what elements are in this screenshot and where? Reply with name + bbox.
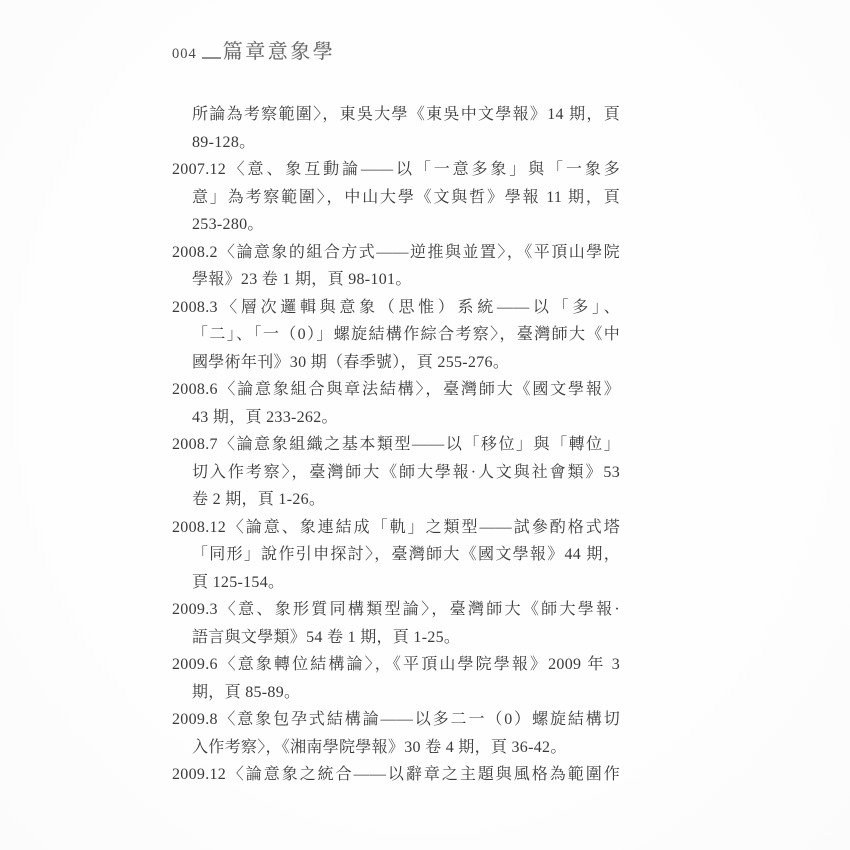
bibliography-line: 2009.12〈論意象之統合——以辭章之主題與風格為範圍作 [172,761,620,789]
bibliography-list: 所論為考察範圍〉，東吳大學《東吳中文學報》14 期，頁89-128。2007.1… [172,101,620,789]
bibliography-line: 「二」、「一（0）」螺旋結構作綜合考察〉，臺灣師大《中 [172,321,620,349]
header-rule [202,57,221,59]
page-number: 004 [172,47,197,62]
bibliography-line: 2008.12〈論意、象連結成「軌」之類型——試參酌格式塔 [172,514,620,542]
bibliography-line: 2008.2〈論意象的組合方式——逆推與並置〉，《平頂山學院 [172,239,620,267]
bibliography-line: 2007.12〈意、象互動論——以「一意多象」與「一象多 [172,156,620,184]
bibliography-line: 學報》23 卷 1 期，頁 98-101。 [172,266,620,294]
bibliography-line: 意」為考察範圍〉，中山大學《文與哲》學報 11 期，頁 [172,184,620,212]
bibliography-line: 2009.8〈意象包孕式結構論——以多二一（0）螺旋結構切 [172,706,620,734]
bibliography-line: 入作考察〉，《湘南學院學報》30 卷 4 期，頁 36-42。 [172,734,620,762]
bibliography-line: 2008.7〈論意象組織之基本類型——以「移位」與「轉位」 [172,431,620,459]
bibliography-line: 切入作考察〉，臺灣師大《師大學報·人文與社會類》53 [172,459,620,487]
bibliography-line: 所論為考察範圍〉，東吳大學《東吳中文學報》14 期，頁 [172,101,620,129]
bibliography-line: 2009.6〈意象轉位結構論〉，《平頂山學院學報》2009 年 3 [172,651,620,679]
bibliography-line: 43 期，頁 233-262。 [172,404,620,432]
bibliography-line: 語言與文學類》54 卷 1 期，頁 1-25。 [172,624,620,652]
bibliography-line: 253-280。 [172,211,620,239]
book-title: 篇章意象學 [223,42,336,62]
bibliography-line: 2009.3〈意、象形質同構類型論〉，臺灣師大《師大學報· [172,596,620,624]
bibliography-line: 2008.3〈層次邏輯與意象（思惟）系統——以「多」、 [172,294,620,322]
bibliography-line: 國學術年刊》30 期（春季號），頁 255-276。 [172,349,620,377]
book-page: 004 篇章意象學 所論為考察範圍〉，東吳大學《東吳中文學報》14 期，頁89-… [0,0,850,850]
bibliography-line: 期，頁 85-89。 [172,679,620,707]
bibliography-line: 卷 2 期，頁 1-26。 [172,486,620,514]
bibliography-line: 89-128。 [172,129,620,157]
running-header: 004 篇章意象學 [172,42,335,62]
bibliography-line: 「同形」說作引申探討〉，臺灣師大《國文學報》44 期， [172,541,620,569]
bibliography-line: 頁 125-154。 [172,569,620,597]
bibliography-line: 2008.6〈論意象組合與章法結構〉，臺灣師大《國文學報》 [172,376,620,404]
